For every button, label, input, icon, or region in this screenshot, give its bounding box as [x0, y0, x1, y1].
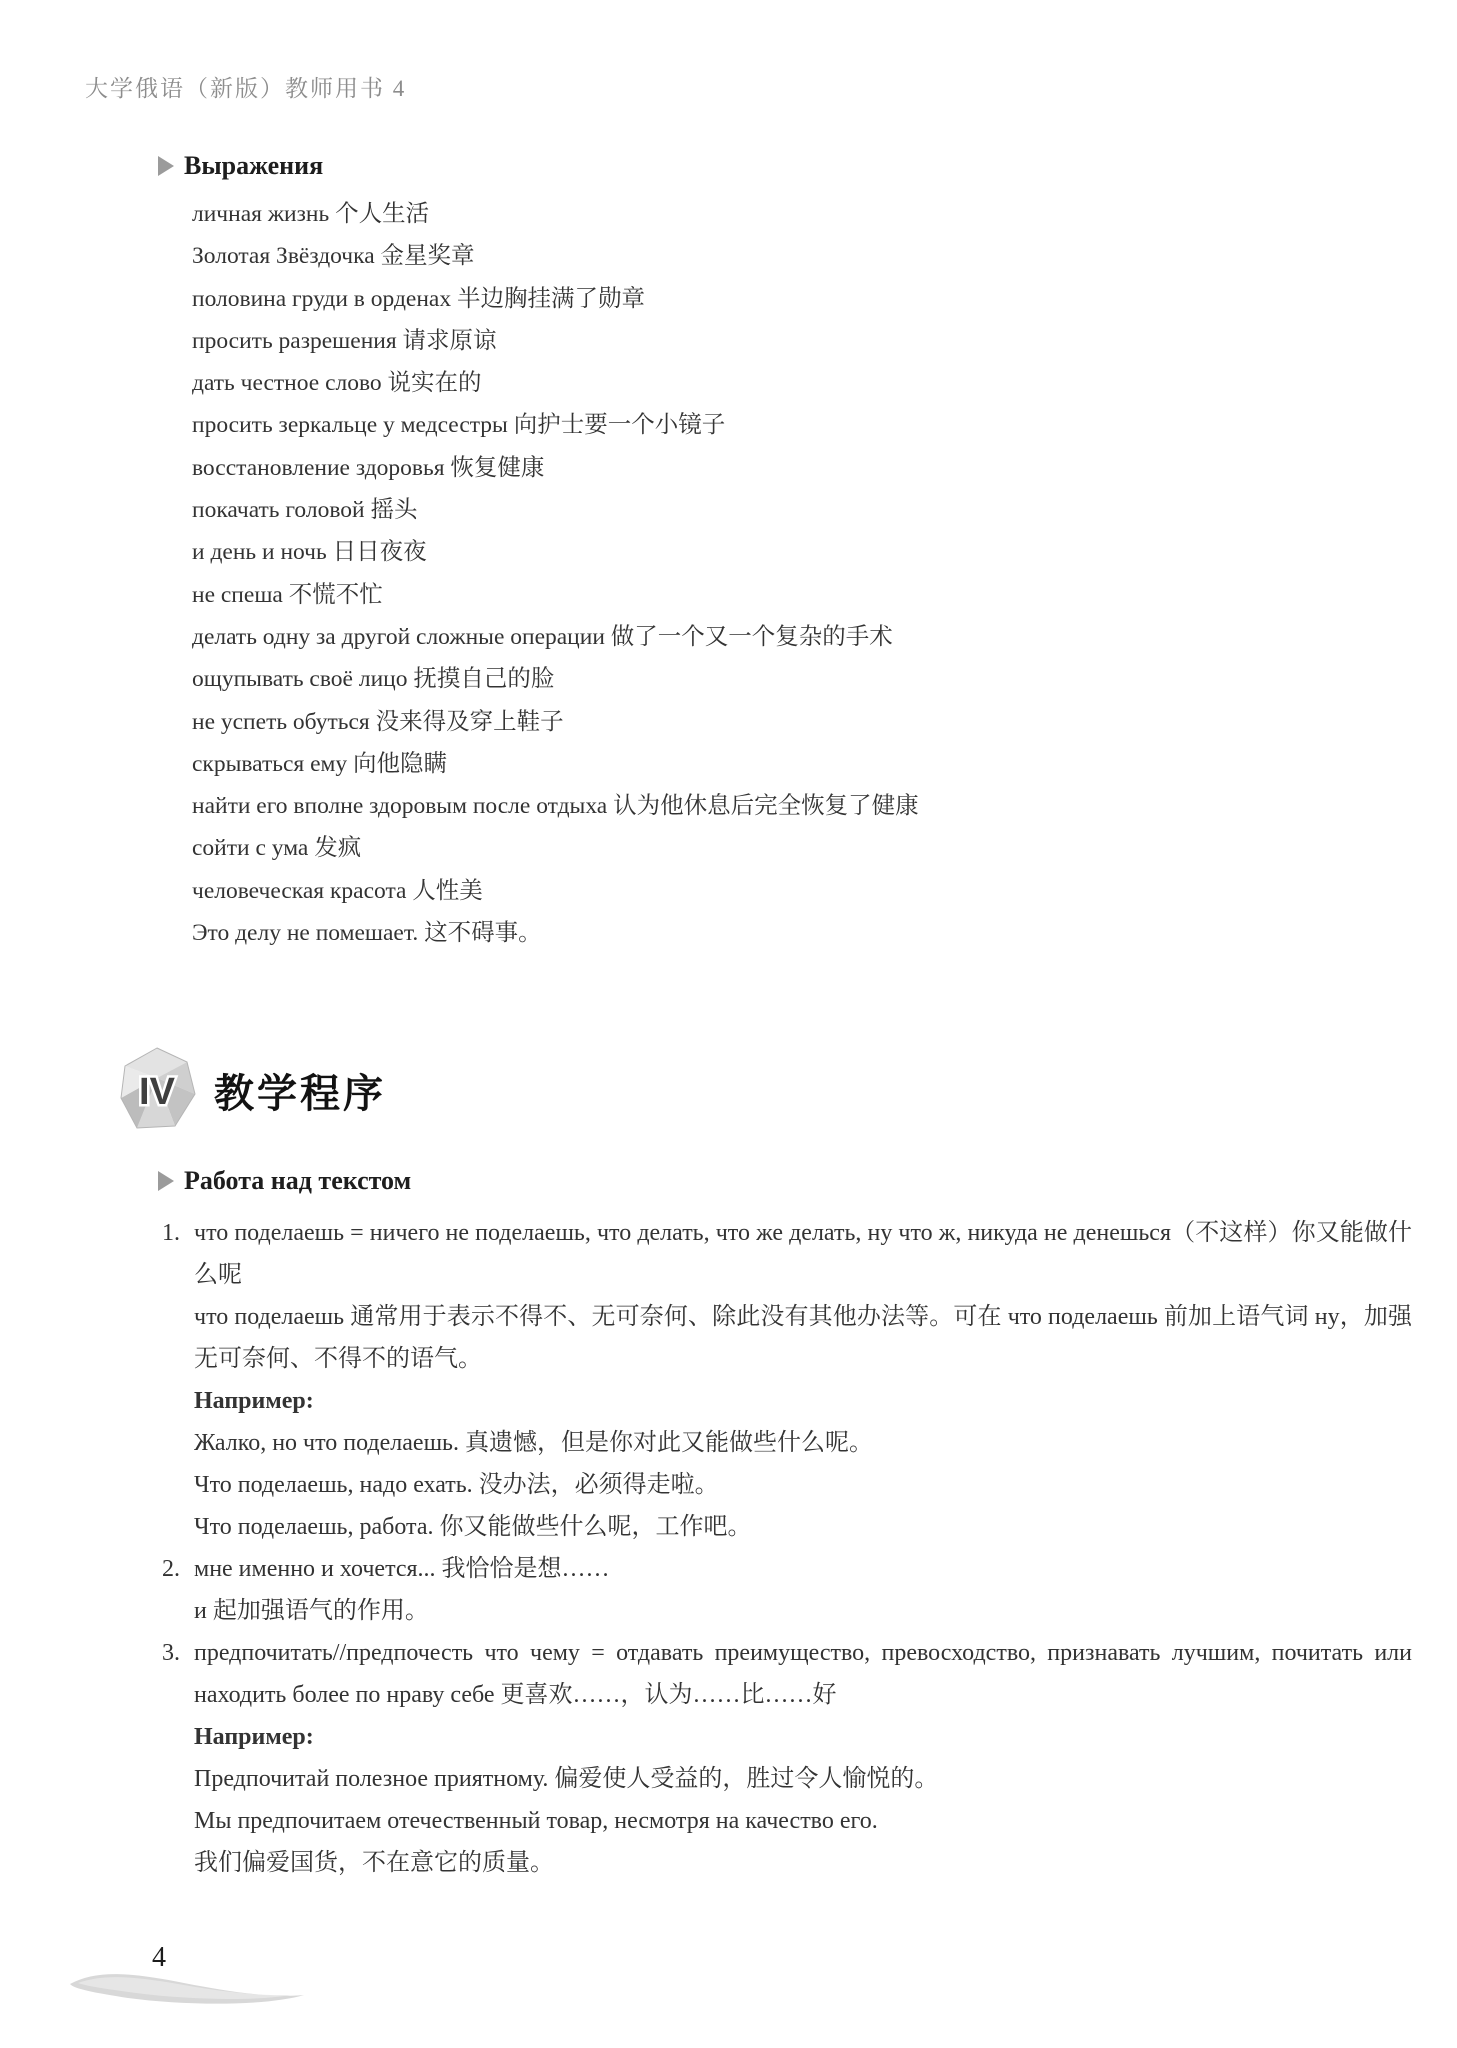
- textwork-title: Работа над текстом: [184, 1164, 411, 1198]
- swoosh-icon: [62, 1964, 312, 2012]
- expression-line: ощупывать своё лицо 抚摸自己的脸: [192, 658, 1457, 700]
- textwork-section: Работа над текстом 1. что поделаешь = ни…: [0, 1164, 1457, 1884]
- example-line: Жалко, но что поделаешь. 真遗憾，但是你对此又能做些什么…: [194, 1422, 1412, 1464]
- item-number: 1.: [162, 1212, 194, 1254]
- item-content: что поделаешь = ничего не поделаешь, что…: [194, 1212, 1412, 1548]
- expression-line: Это делу не помешает. 这不碍事。: [192, 912, 1457, 954]
- expression-line: покачать головой 摇头: [192, 489, 1457, 531]
- numbered-item: 2. мне именно и хочется... 我恰恰是想…… и 起加强…: [162, 1548, 1412, 1632]
- expressions-header: Выражения: [158, 149, 1457, 183]
- chapter-header: IV 教学程序: [116, 1046, 1457, 1134]
- expression-line: дать честное слово 说实在的: [192, 362, 1457, 404]
- triangle-bullet-icon: [158, 1171, 174, 1191]
- gem-icon: IV: [116, 1046, 198, 1134]
- roman-numeral: IV: [139, 1071, 176, 1113]
- item-number: 3.: [162, 1632, 194, 1674]
- page-footer: 4: [62, 1942, 382, 2012]
- expression-line: делать одну за другой сложные операции 做…: [192, 616, 1457, 658]
- expression-line: половина груди в орденах 半边胸挂满了勋章: [192, 278, 1457, 320]
- expressions-title: Выражения: [184, 149, 323, 183]
- item-content: мне именно и хочется... 我恰恰是想…… и 起加强语气的…: [194, 1548, 1412, 1632]
- expression-line: человеческая красота 人性美: [192, 870, 1457, 912]
- triangle-bullet-icon: [158, 156, 174, 176]
- chapter-title: 教学程序: [214, 1062, 386, 1119]
- expression-line: Золотая Звёздочка 金星奖章: [192, 235, 1457, 277]
- example-label: Например:: [194, 1716, 1412, 1758]
- expression-line: личная жизнь 个人生活: [192, 193, 1457, 235]
- expression-line: найти его вполне здоровым после отдыха 认…: [192, 785, 1457, 827]
- example-line: 我们偏爱国货，不在意它的质量。: [194, 1842, 1412, 1884]
- expressions-list: личная жизнь 个人生活 Золотая Звёздочка 金星奖章…: [192, 193, 1457, 954]
- expression-line: скрываться ему 向他隐瞒: [192, 743, 1457, 785]
- example-line: Мы предпочитаем отечественный товар, нес…: [194, 1800, 1412, 1842]
- numbered-list: 1. что поделаешь = ничего не поделаешь, …: [162, 1212, 1412, 1884]
- running-head: 大学俄语（新版）教师用书 4: [85, 70, 1457, 103]
- expression-line: не успеть обуться 没来得及穿上鞋子: [192, 701, 1457, 743]
- item-content: предпочитать//предпочесть что чему = отд…: [194, 1632, 1412, 1884]
- example-label: Например:: [194, 1380, 1412, 1422]
- expression-line: сойти с ума 发疯: [192, 827, 1457, 869]
- expression-line: и день и ночь 日日夜夜: [192, 531, 1457, 573]
- item-number: 2.: [162, 1548, 194, 1590]
- book-page: 大学俄语（新版）教师用书 4 Выражения личная жизнь 个人…: [0, 0, 1457, 2048]
- example-line: Что поделаешь, работа. 你又能做些什么呢，工作吧。: [194, 1506, 1412, 1548]
- textwork-header: Работа над текстом: [158, 1164, 1457, 1198]
- numbered-item: 3. предпочитать//предпочесть что чему = …: [162, 1632, 1412, 1884]
- example-line: Предпочитай полезное приятному. 偏爱使人受益的，…: [194, 1758, 1412, 1800]
- item-paragraph: что поделаешь = ничего не поделаешь, что…: [194, 1212, 1412, 1296]
- expression-line: восстановление здоровья 恢复健康: [192, 447, 1457, 489]
- expression-line: не спеша 不慌不忙: [192, 574, 1457, 616]
- item-paragraph: мне именно и хочется... 我恰恰是想……: [194, 1548, 1412, 1590]
- expressions-section: Выражения личная жизнь 个人生活 Золотая Звёз…: [0, 149, 1457, 954]
- expression-line: просить разрешения 请求原谅: [192, 320, 1457, 362]
- item-paragraph: предпочитать//предпочесть что чему = отд…: [194, 1632, 1412, 1716]
- example-line: Что поделаешь, надо ехать. 没办法，必须得走啦。: [194, 1464, 1412, 1506]
- item-paragraph: что поделаешь 通常用于表示不得不、无可奈何、除此没有其他办法等。可…: [194, 1296, 1412, 1380]
- item-paragraph: и 起加强语气的作用。: [194, 1590, 1412, 1632]
- expression-line: просить зеркальце у медсестры 向护士要一个小镜子: [192, 404, 1457, 446]
- numbered-item: 1. что поделаешь = ничего не поделаешь, …: [162, 1212, 1412, 1548]
